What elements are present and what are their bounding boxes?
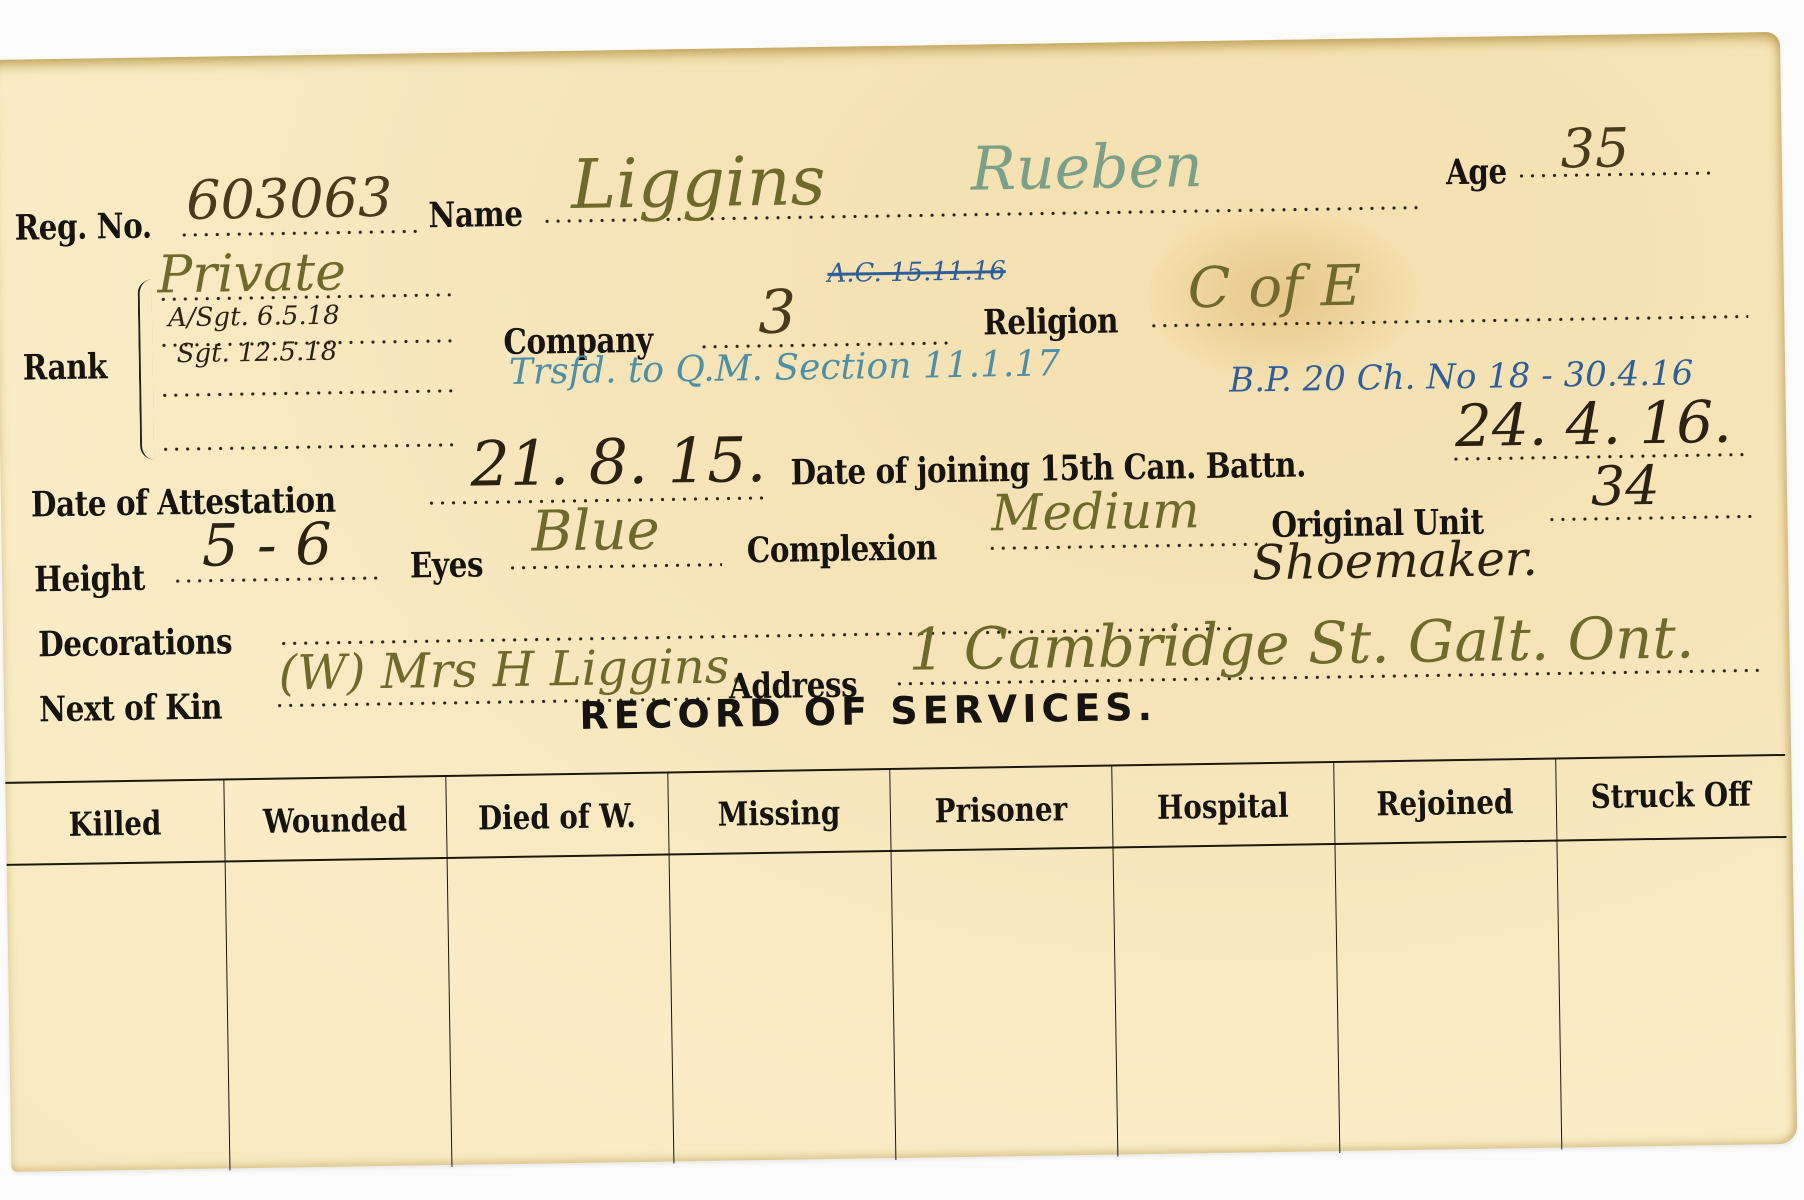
company-transfer-note: Trsfd. to Q.M. Section 11.1.17	[509, 343, 1061, 393]
original-unit-value: 34	[1590, 454, 1660, 518]
rank-label: Rank	[23, 346, 108, 388]
height-value: 5 - 6	[201, 510, 332, 580]
column-header-struck-off: Struck Off	[1574, 774, 1768, 816]
reg-no-label: Reg. No.	[14, 206, 152, 249]
complexion-label: Complexion	[746, 527, 937, 571]
record-title: RECORD OF SERVICES.	[579, 685, 1157, 738]
age-label: Age	[1446, 151, 1507, 193]
religion-value: C of E	[1187, 254, 1362, 322]
complexion-dots	[987, 542, 1267, 550]
joining-value: 24. 4. 16.	[1454, 388, 1732, 460]
age-value: 35	[1560, 116, 1630, 180]
attestation-value: 21. 8. 15.	[470, 423, 767, 501]
rank-entry-3: Sgt. 12.5.18	[176, 337, 337, 370]
column-header-wounded: Wounded	[241, 799, 428, 841]
joining-note: B.P. 20 Ch. No 18 - 30.4.16	[1229, 353, 1694, 400]
column-divider	[1333, 761, 1340, 1153]
record-of-services-table: Killed Wounded Died of W. Missing Prison…	[5, 754, 1791, 1172]
column-header-prisoner: Prisoner	[907, 789, 1094, 831]
decorations-label: Decorations	[38, 621, 233, 665]
religion-label: Religion	[983, 300, 1118, 343]
column-header-killed: Killed	[23, 803, 207, 845]
column-divider	[889, 768, 896, 1160]
eyes-label: Eyes	[410, 544, 484, 586]
rank-dots-3	[159, 389, 459, 398]
reg-no-value: 603063	[186, 166, 393, 232]
column-divider	[1555, 758, 1562, 1150]
eyes-value: Blue	[531, 498, 660, 565]
rank-entry-2: A/Sgt. 6.5.18	[168, 301, 340, 334]
service-record-card: Reg. No. 603063 Name Liggins Rueben Age …	[0, 32, 1797, 1172]
trade-value: Shoemaker.	[1252, 531, 1539, 591]
column-divider	[667, 771, 674, 1163]
name-surname: Liggins	[570, 142, 826, 225]
rank-dots-4	[160, 443, 460, 452]
company-value: 3	[758, 277, 797, 348]
column-header-hospital: Hospital	[1129, 785, 1316, 827]
column-divider	[1111, 765, 1118, 1157]
column-divider	[223, 778, 230, 1170]
height-label: Height	[34, 558, 145, 601]
address-value: 1 Cambridge St. Galt. Ont.	[908, 603, 1695, 683]
name-label: Name	[428, 194, 523, 236]
complexion-value: Medium	[991, 481, 1200, 542]
column-header-died-of-wounds: Died of W.	[463, 796, 650, 838]
rank-bracket	[137, 280, 154, 460]
company-struck-note: A.C. 15.11.16	[827, 256, 1006, 289]
name-given: Rueben	[970, 131, 1203, 205]
table-top-rule	[5, 754, 1785, 784]
column-header-rejoined: Rejoined	[1351, 782, 1538, 824]
next-of-kin-label: Next of Kin	[39, 686, 223, 730]
column-header-missing: Missing	[685, 792, 872, 834]
column-divider	[445, 775, 452, 1167]
